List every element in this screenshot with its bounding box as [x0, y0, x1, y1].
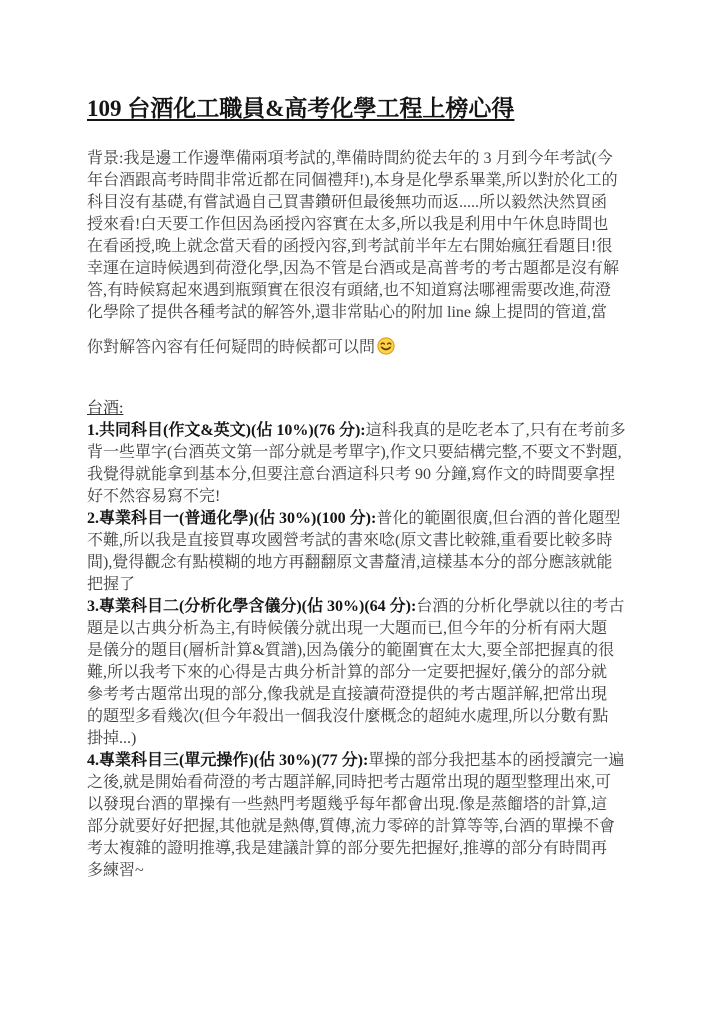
- emoji-line-text: 你對解答內容有任何疑問的時候都可以問: [87, 339, 375, 356]
- exam-item-3: 3.專業科目二(分析化學含儀分)(佔 30%)(64 分):台酒的分析化學就以往…: [87, 596, 640, 750]
- exam-item-4: 4.專業科目三(單元操作)(佔 30%)(77 分):單操的部分我把基本的函授讀…: [87, 750, 640, 882]
- emoji-line: 你對解答內容有任何疑問的時候都可以問: [87, 337, 640, 359]
- exam-item-3-heading: 3.專業科目二(分析化學含儀分)(佔 30%)(64 分):: [87, 598, 416, 615]
- document-page: 109 台酒化工職員&高考化學工程上榜心得 背景:我是邊工作邊準備兩項考試的,準…: [0, 0, 724, 1024]
- section-heading-taijiu: 台酒:: [87, 398, 640, 420]
- smiling-face-emoji-icon: [377, 337, 395, 355]
- exam-item-4-heading: 4.專業科目三(單元操作)(佔 30%)(77 分):: [87, 752, 368, 769]
- background-paragraph: 背景:我是邊工作邊準備兩項考試的,準備時間約從去年的 3 月到今年考試(今 年台…: [87, 148, 640, 324]
- exam-item-1: 1.共同科目(作文&英文)(佔 10%)(76 分):這科我真的是吃老本了,只有…: [87, 420, 640, 508]
- exam-item-2: 2.專業科目一(普通化學)(佔 30%)(100 分):普化的範圍很廣,但台酒的…: [87, 508, 640, 596]
- exam-item-3-body: 台酒的分析化學就以往的考古 題是以古典分析為主,有時候儀分就出現一大題而已,但今…: [87, 598, 624, 747]
- section-heading-taijiu-text: 台酒:: [87, 400, 123, 417]
- exam-item-2-heading: 2.專業科目一(普通化學)(佔 30%)(100 分):: [87, 510, 376, 527]
- document-title: 109 台酒化工職員&高考化學工程上榜心得: [87, 94, 640, 124]
- exam-item-1-heading: 1.共同科目(作文&英文)(佔 10%)(76 分):: [87, 422, 366, 439]
- exam-item-4-body: 單操的部分我把基本的函授讀完一遍 之後,就是開始看荷澄的考古題詳解,同時把考古題…: [87, 752, 624, 879]
